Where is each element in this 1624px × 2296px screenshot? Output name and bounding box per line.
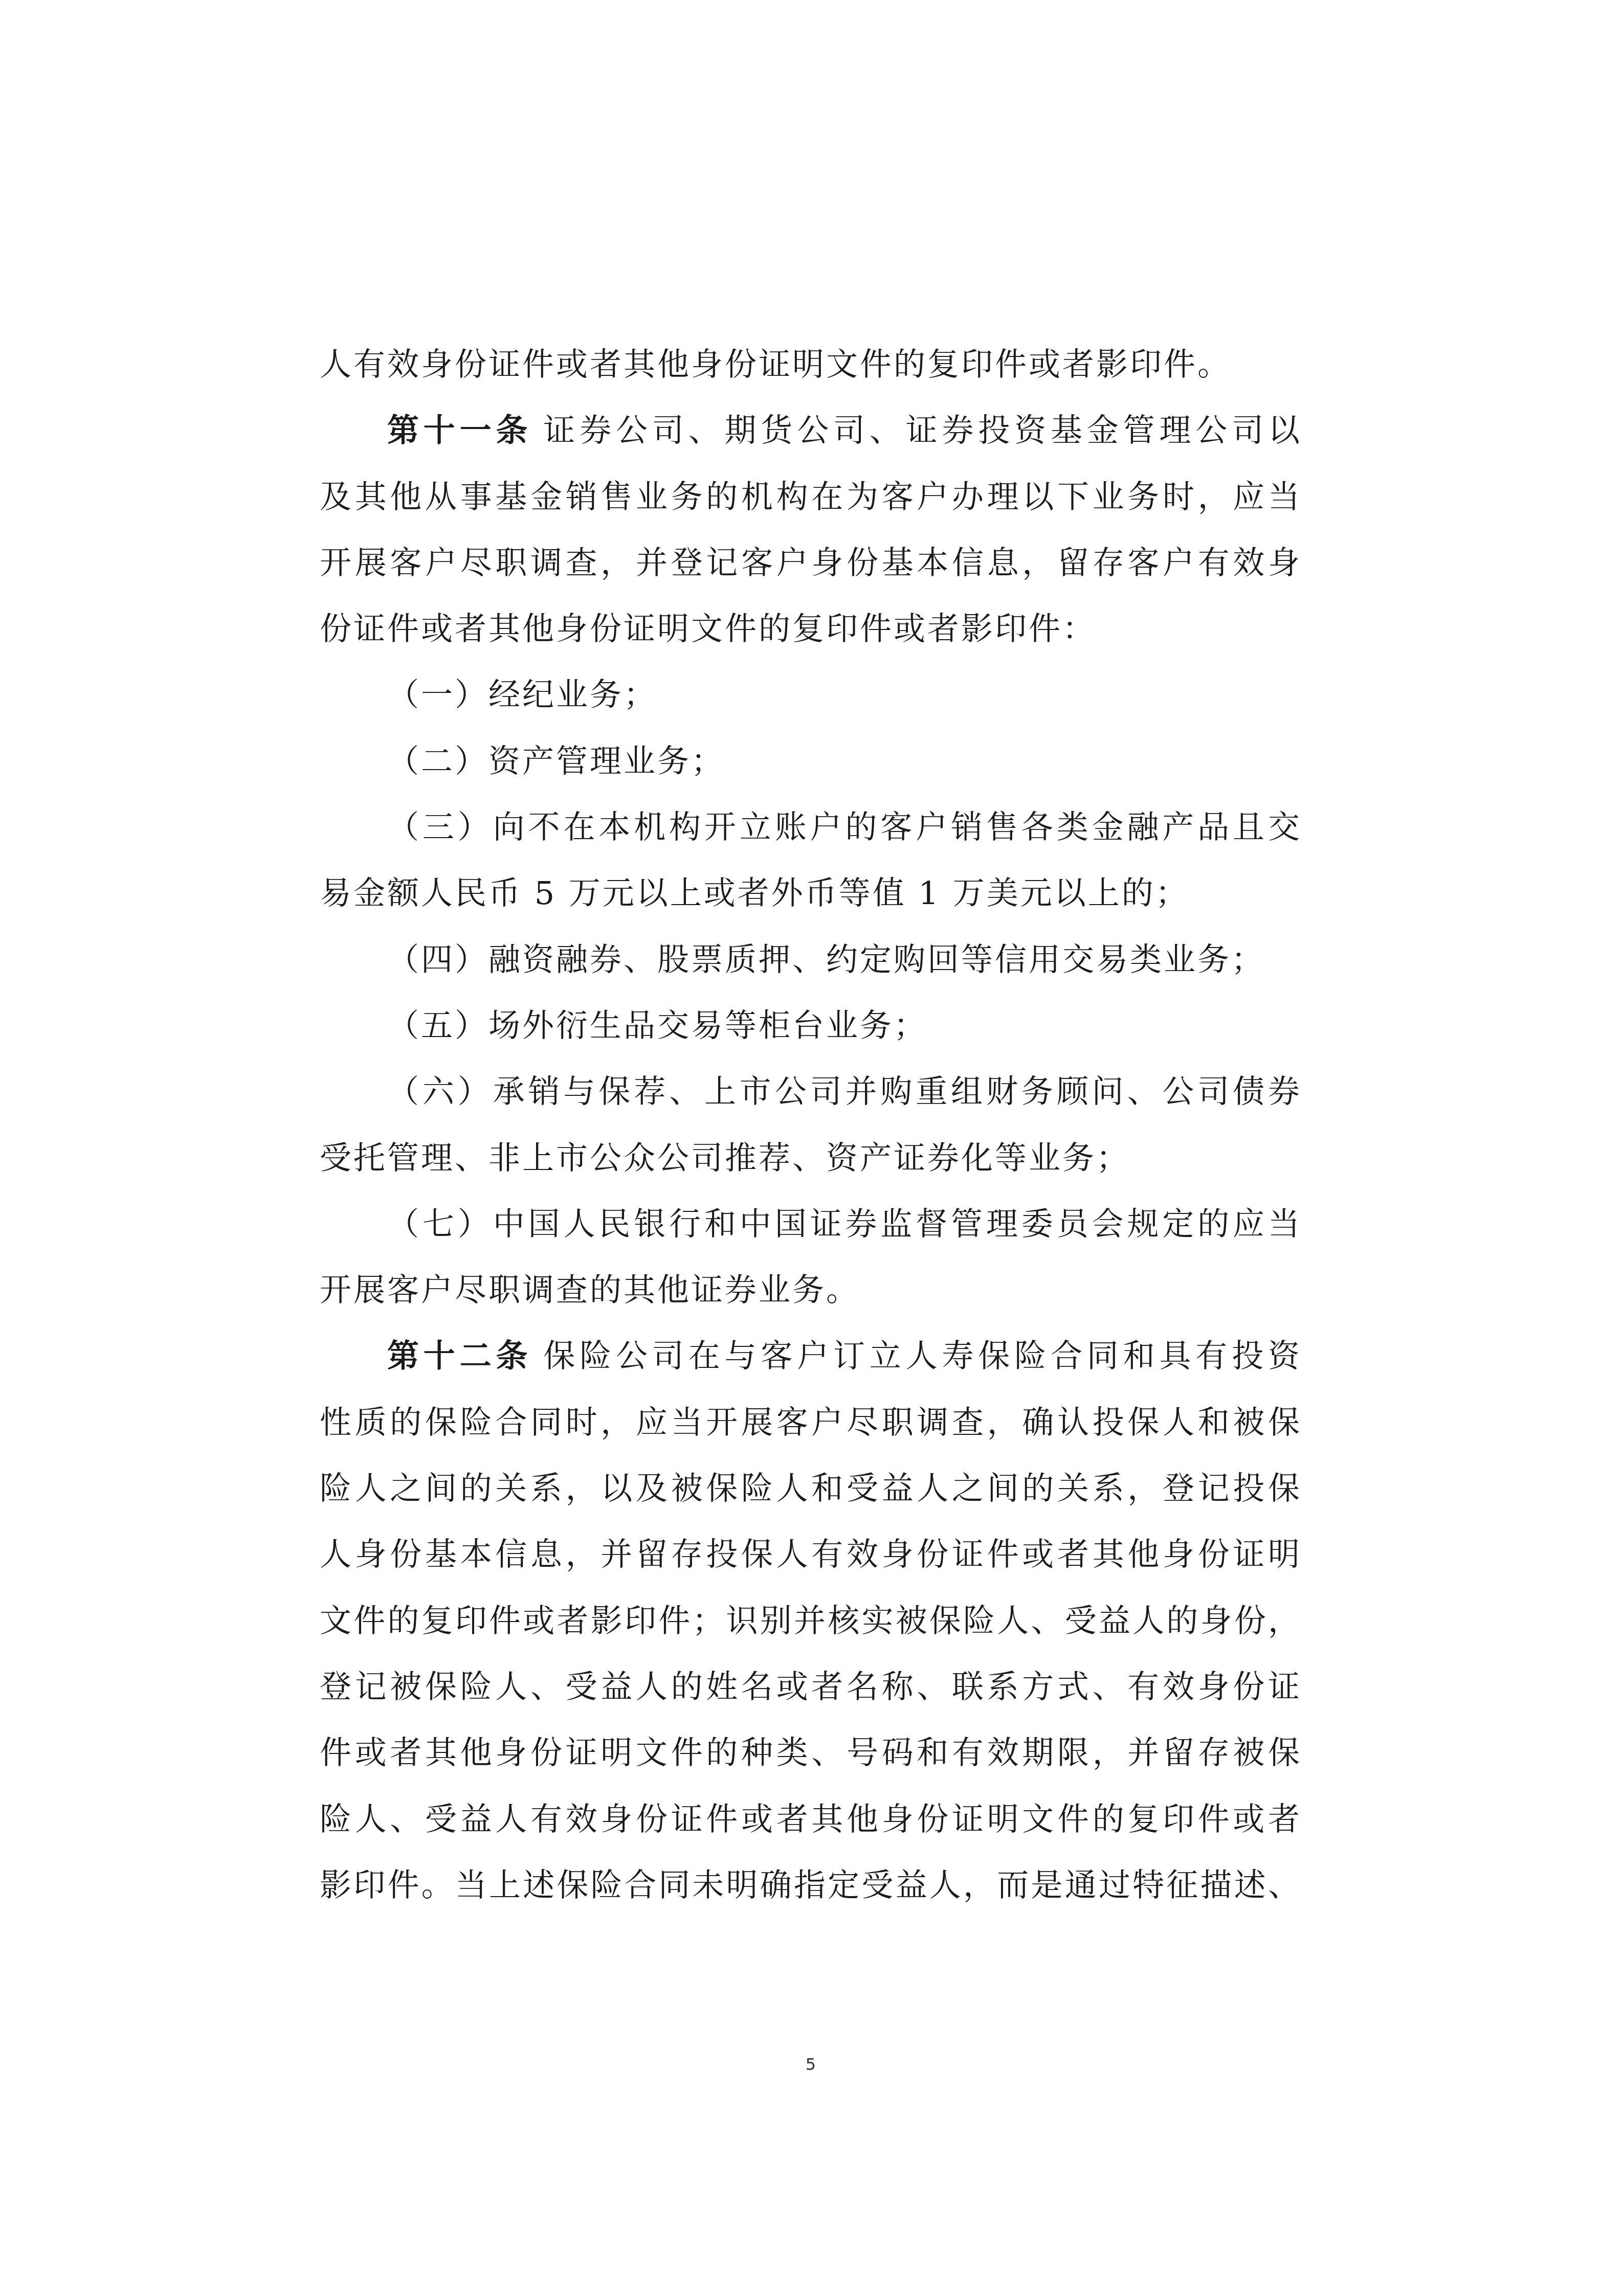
text-line: 险人、受益人有效身份证件或者其他身份证明文件的复印件或者	[320, 1796, 1302, 1862]
list-item: （一）经纪业务；	[320, 672, 1302, 738]
page-number: 5	[798, 2055, 824, 2074]
text-line: 人有效身份证件或者其他身份证明文件的复印件或者影印件。	[320, 342, 1302, 408]
text-line: 文件的复印件或者影印件；识别并核实被保险人、受益人的身份，	[320, 1598, 1302, 1664]
text-line: 性质的保险合同时，应当开展客户尽职调查，确认投保人和被保	[320, 1400, 1302, 1466]
article-12-heading-line: 第十二条保险公司在与客户订立人寿保险合同和具有投资	[320, 1333, 1302, 1399]
body-text: 人有效身份证件或者其他身份证明文件的复印件或者影印件。 第十一条证券公司、期货公…	[320, 342, 1302, 1928]
text-line: 件或者其他身份证明文件的种类、号码和有效期限，并留存被保	[320, 1730, 1302, 1796]
list-item: （七）中国人民银行和中国证券监督管理委员会规定的应当	[320, 1201, 1302, 1267]
text-line: 易金额人民币 5 万元以上或者外币等值 1 万美元以上的；	[320, 870, 1302, 936]
text-line: 份证件或者其他身份证明文件的复印件或者影印件：	[320, 606, 1302, 672]
article-11-heading-line: 第十一条证券公司、期货公司、证券投资基金管理公司以	[320, 408, 1302, 474]
article-text: 保险公司在与客户订立人寿保险合同和具有投资	[543, 1337, 1302, 1375]
text-line: 及其他从事基金销售业务的机构在为客户办理以下业务时，应当	[320, 474, 1302, 540]
article-text: 证券公司、期货公司、证券投资基金管理公司以	[543, 412, 1302, 449]
list-item: （五）场外衍生品交易等柜台业务；	[320, 1003, 1302, 1069]
article-number: 第十二条	[387, 1337, 532, 1375]
document-page: 人有效身份证件或者其他身份证明文件的复印件或者影印件。 第十一条证券公司、期货公…	[0, 0, 1624, 2296]
text-line: 险人之间的关系，以及被保险人和受益人之间的关系，登记投保	[320, 1466, 1302, 1532]
text-line: 影印件。当上述保险合同未明确指定受益人，而是通过特征描述、	[320, 1862, 1302, 1928]
text-line: 人身份基本信息，并留存投保人有效身份证件或者其他身份证明	[320, 1532, 1302, 1597]
list-item: （二）资产管理业务；	[320, 738, 1302, 804]
text-line: 开展客户尽职调查，并登记客户身份基本信息，留存客户有效身	[320, 540, 1302, 606]
text-line: 受托管理、非上市公众公司推荐、资产证券化等业务；	[320, 1135, 1302, 1201]
list-item: （六）承销与保荐、上市公司并购重组财务顾问、公司债券	[320, 1069, 1302, 1135]
text-line: 登记被保险人、受益人的姓名或者名称、联系方式、有效身份证	[320, 1664, 1302, 1730]
text-line: 开展客户尽职调查的其他证券业务。	[320, 1267, 1302, 1333]
list-item: （三）向不在本机构开立账户的客户销售各类金融产品且交	[320, 804, 1302, 870]
article-number: 第十一条	[387, 412, 532, 449]
list-item: （四）融资融券、股票质押、约定购回等信用交易类业务；	[320, 937, 1302, 1003]
